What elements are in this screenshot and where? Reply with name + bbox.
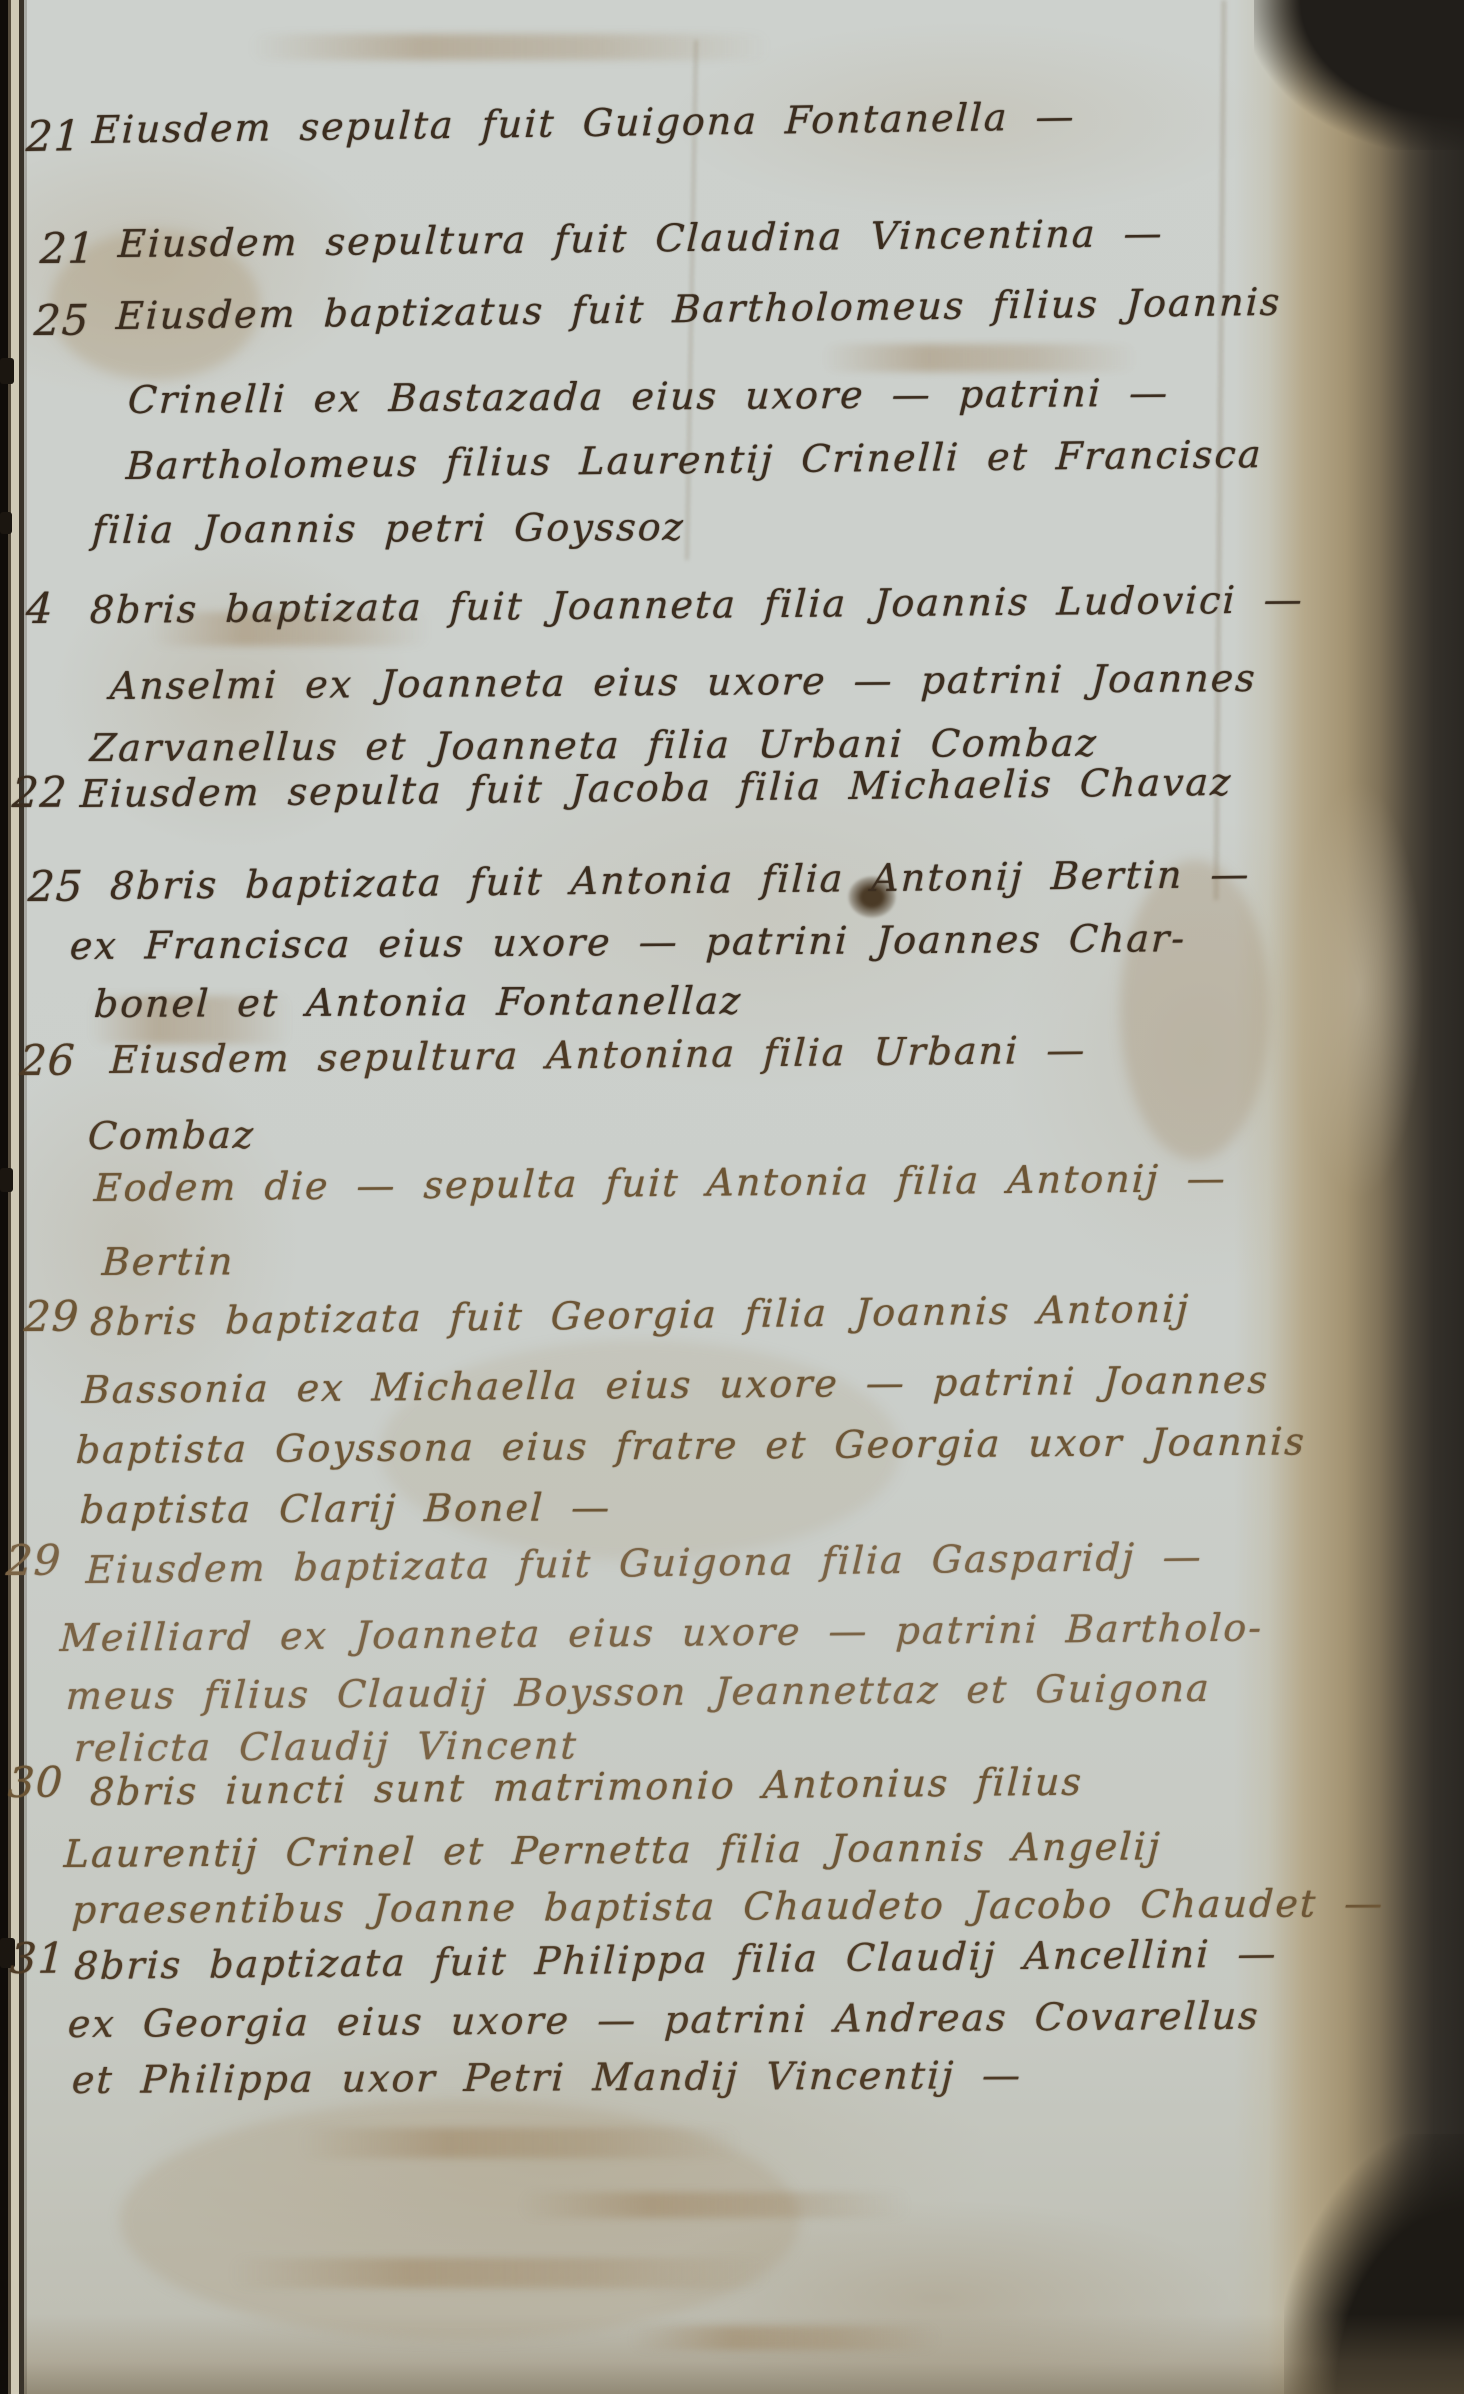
entry-day-number: 31 <box>9 1934 67 1984</box>
entry-day-number: 25 <box>27 862 85 912</box>
entry-line: Eiusdem sepultura Antonina filia Urbani … <box>109 1028 1087 1082</box>
bleed-through-ghost <box>520 2192 910 2218</box>
entry-line: Eiusdem baptizatus fuit Bartholomeus fil… <box>115 280 1282 338</box>
entry-day-number: 30 <box>7 1758 65 1808</box>
entry-line: Crinelli ex Bastazada eius uxore — patri… <box>127 371 1170 422</box>
entry-day-number: 4 <box>25 584 55 633</box>
entry-line: 8bris baptizata fuit Joanneta filia Joan… <box>89 577 1305 632</box>
entry-day-number: 26 <box>19 1036 77 1086</box>
binding-mark <box>0 512 12 534</box>
entry-line: praesentibus Joanne baptista Chaudeto Ja… <box>71 1881 1385 1932</box>
manuscript-page: 21 Eiusdem sepulta fuit Guigona Fontanel… <box>0 0 1464 2394</box>
entry-day-number: 21 <box>25 111 82 161</box>
entry-line: 8bris iuncti sunt matrimonio Antonius fi… <box>89 1760 1084 1814</box>
entry-day-number: 29 <box>23 1292 81 1342</box>
page-edge-highlight <box>1294 780 1424 1200</box>
entry-day-number: 29 <box>5 1536 63 1586</box>
entry-line: Anselmi ex Joanneta eius uxore — patrini… <box>109 656 1258 708</box>
entry-line: meus filius Claudij Boysson Jeannettaz e… <box>65 1666 1212 1718</box>
entry-line: Combaz <box>87 1113 256 1158</box>
bleed-through-ghost <box>250 34 770 60</box>
entry-line: Bartholomeus filius Laurentij Crinelli e… <box>125 432 1263 488</box>
entry-line: relicta Claudij Vincent <box>73 1723 579 1770</box>
entry-line: baptista Goyssona eius fratre et Georgia… <box>75 1419 1307 1472</box>
entry-line: 8bris baptizata fuit Philippa filia Clau… <box>73 1931 1278 1988</box>
entry-line: 8bris baptizata fuit Antonia filia Anton… <box>109 852 1251 908</box>
entry-line: ex Georgia eius uxore — patrini Andreas … <box>67 1994 1261 2046</box>
bleed-through-ghost <box>630 2326 940 2350</box>
entry-line: filia Joannis petri Goyssoz <box>91 505 686 552</box>
entry-line: bonel et Antonia Fontanellaz <box>93 979 743 1026</box>
entry-line: Eiusdem sepulta fuit Guigona Fontanella … <box>91 94 1076 152</box>
entry-day-number: 22 <box>11 768 69 818</box>
entry-line: ex Francisca eius uxore — patrini Joanne… <box>69 916 1187 968</box>
binding-mark <box>0 1168 13 1192</box>
cover-corner-dark-top <box>1254 0 1464 150</box>
bleed-through-ghost <box>230 2258 770 2288</box>
entry-line: Eiusdem baptizata fuit Guigona filia Gas… <box>85 1534 1204 1592</box>
entry-line: 8bris baptizata fuit Georgia filia Joann… <box>89 1287 1191 1344</box>
entry-line: Bassonia ex Michaella eius uxore — patri… <box>81 1358 1270 1412</box>
entry-line: Eodem die — sepulta fuit Antonia filia A… <box>93 1156 1228 1210</box>
entry-line: Meilliard ex Joanneta eius uxore — patri… <box>59 1605 1264 1660</box>
entry-day-number: 21 <box>39 224 97 274</box>
paper-stain <box>1120 860 1270 1160</box>
entry-line: Laurentij Crinel et Pernetta filia Joann… <box>63 1824 1162 1876</box>
entry-line: et Philippa uxor Petri Mandij Vincentij … <box>71 2053 1023 2102</box>
entry-day-number: 25 <box>33 296 91 346</box>
bleed-through-ghost <box>820 344 1140 372</box>
binding-mark <box>0 358 14 384</box>
entry-line: baptista Clarij Bonel — <box>79 1485 612 1532</box>
entry-line: Bertin <box>101 1239 236 1284</box>
bleed-through-ghost <box>300 2128 740 2158</box>
entry-line: Eiusdem sepultura fuit Claudina Vincenti… <box>117 211 1165 266</box>
